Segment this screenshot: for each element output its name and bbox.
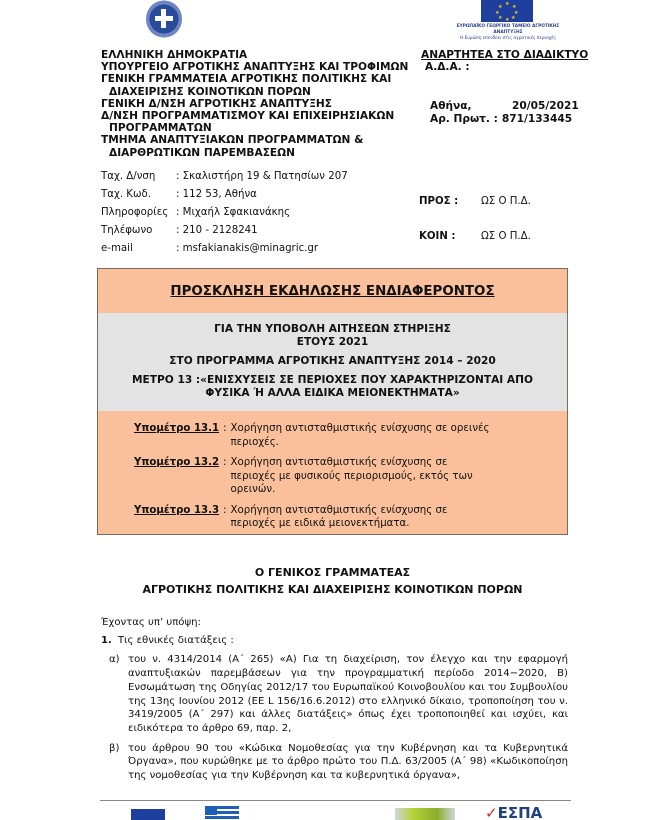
intro-text: Έχοντας υπ’ υπόψη: — [101, 616, 568, 630]
announcement-subtitle: ΓΙΑ ΤΗΝ ΥΠΟΒΟΛΗ ΑΙΤΗΣΕΩΝ ΣΤΗΡΙΞΗΣ ΕΤΟΥΣ … — [98, 313, 567, 411]
greek-emblem-icon — [146, 0, 182, 38]
espa-logo-icon: ✓ΕΣΠΑ — [485, 804, 542, 820]
numbered-item: 1.Τις εθνικές διατάξεις : — [101, 634, 568, 648]
recipients: ΠΡΟΣ :ΩΣ Ο Π.Δ. ΚΟΙΝ :ΩΣ Ο Π.Δ. — [419, 196, 531, 266]
ada-label: Α.Δ.Α. : — [421, 61, 588, 73]
submeasures-list: Υπομέτρο 13.1: Χορήγηση αντισταθμιστικής… — [98, 411, 567, 534]
place-label: Αθήνα, — [430, 100, 512, 113]
document-body: Έχοντας υπ’ υπόψη: 1.Τις εθνικές διατάξε… — [101, 616, 568, 789]
document-date: 20/05/2021 — [512, 100, 579, 113]
publication-notice: ΑΝΑΡΤΗΤΕΑ ΣΤΟ ΔΙΑΔΙΚΤΥΟ Α.Δ.Α. : — [421, 49, 588, 73]
announcement-box: ΠΡΟΣΚΛΗΣΗ ΕΚΔΗΛΩΣΗΣ ΕΝΔΙΑΦΕΡΟΝΤΟΣ ΓΙΑ ΤΗ… — [97, 268, 568, 535]
eu-flag-icon — [131, 809, 165, 820]
recipient-cc: ΚΟΙΝ :ΩΣ Ο Π.Δ. — [419, 231, 531, 266]
eu-flag-icon: ★ ★ ★ ★ ★ ★ ★ ★ — [481, 0, 533, 22]
legal-provision-item: β) του άρθρου 90 του «Κώδικα Νομοθεσίας … — [101, 742, 568, 783]
contact-info: Ταχ. Δ/νση: Σκαλιστήρη 19 & Πατησίων 207… — [101, 168, 348, 258]
submeasure-item: Υπομέτρο 13.2: Χορήγηση αντισταθμιστικής… — [134, 456, 567, 497]
date-protocol: Αθήνα, 20/05/2021 Αρ. Πρωτ. : 871/133445 — [430, 100, 579, 125]
publish-online-label: ΑΝΑΡΤΗΤΕΑ ΣΤΟ ΔΙΑΔΙΚΤΥΟ — [421, 49, 588, 61]
issuing-authority: ΕΛΛΗΝΙΚΗ ΔΗΜΟΚΡΑΤΙΑ ΥΠΟΥΡΓΕΙΟ ΑΓΡΟΤΙΚΗΣ … — [101, 49, 408, 159]
submeasure-item: Υπομέτρο 13.1: Χορήγηση αντισταθμιστικής… — [134, 422, 567, 449]
recipient-to: ΠΡΟΣ :ΩΣ Ο Π.Δ. — [419, 196, 531, 231]
secretary-general-heading: Ο ΓΕΝΙΚΟΣ ΓΡΑΜΜΑΤΕΑΣ ΑΓΡΟΤΙΚΗΣ ΠΟΛΙΤΙΚΗΣ… — [97, 564, 568, 598]
legal-provision-item: α) του ν. 4314/2014 (Α΄ 265) «Α) Για τη … — [101, 653, 568, 735]
region-map-icon — [395, 808, 455, 820]
protocol-number: 871/133445 — [502, 113, 572, 126]
submeasure-item: Υπομέτρο 13.3: Χορήγηση αντισταθμιστικής… — [134, 504, 567, 531]
greek-flag-icon — [205, 806, 239, 820]
footer-divider — [100, 800, 571, 801]
announcement-title: ΠΡΟΣΚΛΗΣΗ ΕΚΔΗΛΩΣΗΣ ΕΝΔΙΑΦΕΡΟΝΤΟΣ — [170, 284, 494, 299]
email-link[interactable]: : msfakianakis@minagric.gr — [176, 240, 318, 258]
eu-fund-caption: ΕΥΡΩΠΑΪΚΟ ΓΕΩΡΓΙΚΟ ΤΑΜΕΙΟ ΑΓΡΟΤΙΚΗΣ ΑΝΑΠ… — [446, 24, 570, 42]
protocol-label: Αρ. Πρωτ. : — [430, 113, 502, 126]
